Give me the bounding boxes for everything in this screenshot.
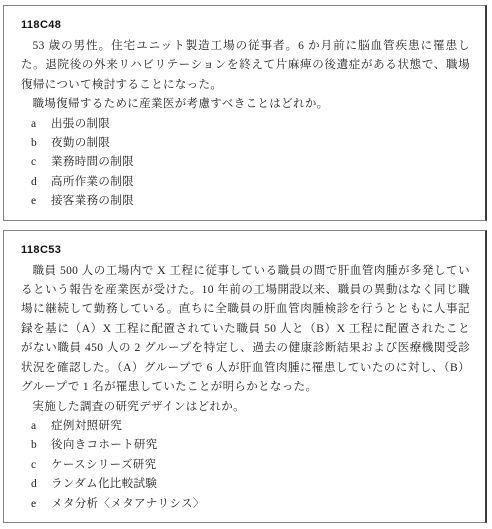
options-list: a 出張の制限 b 夜勤の制限 c 業務時間の制限 d 高所作業の制限 e 接客… — [21, 115, 470, 212]
option-letter: c — [31, 153, 51, 172]
option-row: c ケースシリーズ研究 — [21, 456, 470, 475]
option-letter: e — [31, 495, 51, 514]
option-row: e 接客業務の制限 — [21, 192, 470, 211]
option-text: メタ分析〈メタアナリシス〉 — [51, 495, 470, 514]
option-text: 症例対照研究 — [51, 417, 470, 436]
option-row: b 夜勤の制限 — [21, 134, 470, 153]
option-text: 接客業務の制限 — [51, 192, 470, 211]
option-text: 出張の制限 — [51, 115, 470, 134]
question-box-118C48: 118C48 53 歳の男性。住宅ユニット製造工場の従事者。6 か月前に脳血管疾… — [3, 5, 487, 221]
option-row: b 後向きコホート研究 — [21, 436, 470, 455]
option-row: d 高所作業の制限 — [21, 173, 470, 192]
question-prompt: 職場復帰するために産業医が考慮すべきことはどれか。 — [21, 95, 470, 114]
option-row: a 出張の制限 — [21, 115, 470, 134]
options-list: a 症例対照研究 b 後向きコホート研究 c ケースシリーズ研究 d ランダム化… — [21, 417, 470, 514]
option-letter: c — [31, 456, 51, 475]
question-paragraph: 53 歳の男性。住宅ユニット製造工場の従事者。6 か月前に脳血管疾患に罹患した。… — [21, 37, 470, 95]
question-box-118C53: 118C53 職員 500 人の工場内で X 工程に従事している職員の間で肝血管… — [3, 230, 487, 523]
option-row: d ランダム化比較試験 — [21, 475, 470, 494]
option-text: 夜勤の制限 — [51, 134, 470, 153]
option-letter: a — [31, 417, 51, 436]
question-id: 118C53 — [21, 243, 470, 257]
option-letter: a — [31, 115, 51, 134]
question-id: 118C48 — [21, 18, 470, 32]
exam-page: 118C48 53 歳の男性。住宅ユニット製造工場の従事者。6 か月前に脳血管疾… — [0, 0, 492, 523]
option-row: e メタ分析〈メタアナリシス〉 — [21, 495, 470, 514]
question-prompt: 実施した調査の研究デザインはどれか。 — [21, 398, 470, 417]
option-text: 後向きコホート研究 — [51, 436, 470, 455]
option-text: 高所作業の制限 — [51, 173, 470, 192]
option-row: a 症例対照研究 — [21, 417, 470, 436]
option-text: 業務時間の制限 — [51, 153, 470, 172]
option-letter: d — [31, 475, 51, 494]
option-letter: e — [31, 192, 51, 211]
option-text: ランダム化比較試験 — [51, 475, 470, 494]
question-paragraph: 職員 500 人の工場内で X 工程に従事している職員の間で肝血管肉腫が多発して… — [21, 262, 470, 398]
option-text: ケースシリーズ研究 — [51, 456, 470, 475]
option-letter: d — [31, 173, 51, 192]
option-letter: b — [31, 134, 51, 153]
option-row: c 業務時間の制限 — [21, 153, 470, 172]
option-letter: b — [31, 436, 51, 455]
